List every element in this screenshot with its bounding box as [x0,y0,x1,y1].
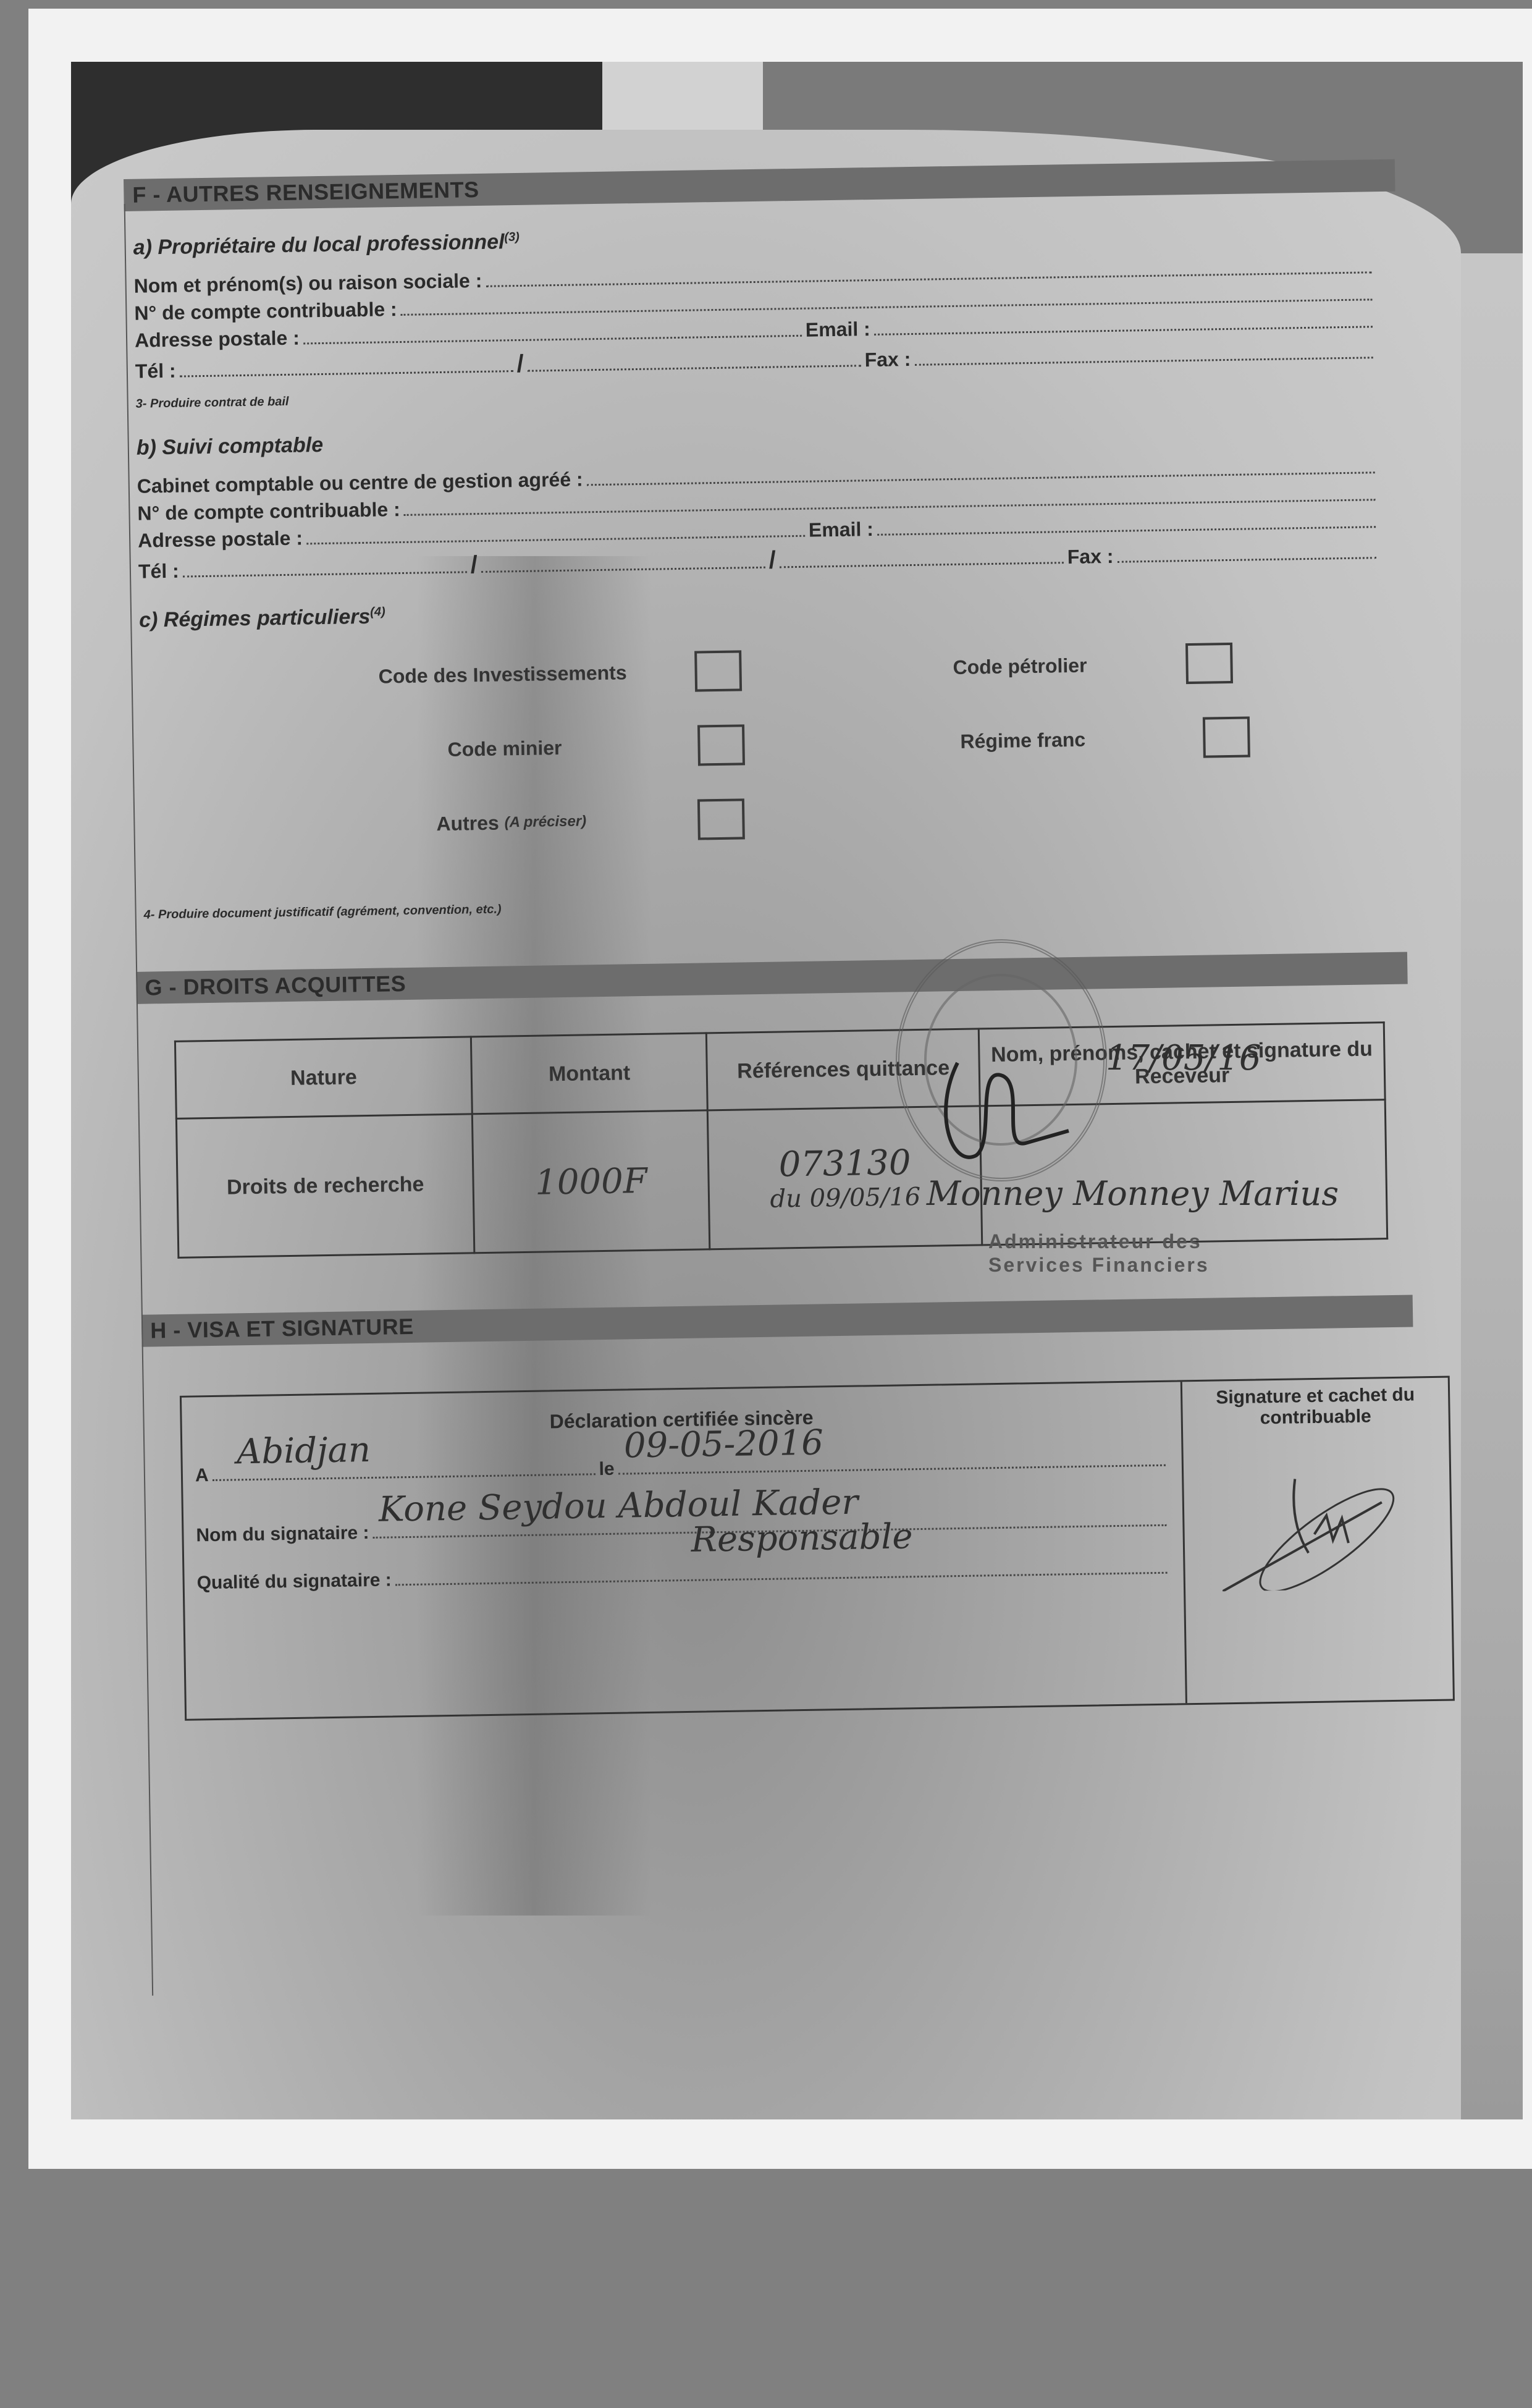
regime-investissements[interactable]: Code des Investissements [378,650,742,696]
owner-fax-label: Fax : [864,348,911,371]
owner-email-label: Email : [806,318,870,342]
place-label: A [195,1465,209,1486]
cabinet-line[interactable] [586,455,1374,486]
receiver-signature-icon [939,1050,1087,1174]
cabinet-email-label: Email : [809,518,873,542]
regime-label: Autres [436,811,499,835]
cabinet-fax-line[interactable] [1117,541,1376,563]
owner-tel-line-1[interactable] [179,354,513,377]
checkbox-minier[interactable] [697,724,745,766]
owner-tel-line-2[interactable] [527,349,861,371]
separator: / [768,546,776,574]
owner-tel-label: Tél : [135,360,176,383]
owner-address-label: Adresse postale : [135,327,300,352]
regime-label: Régime franc [960,728,1085,753]
regime-minier[interactable]: Code minier [447,724,745,770]
quality-row[interactable]: Qualité du signataire : Responsable [196,1556,1171,1594]
declaration-panel: Déclaration certifiée sincère A Abidjan … [182,1382,1185,1718]
regime-franc[interactable]: Régime franc [960,716,1250,761]
visa-box: Déclaration certifiée sincère A Abidjan … [180,1376,1455,1721]
note-ref: (4) [370,605,385,619]
cabinet-label: Cabinet comptable ou centre de gestion a… [137,468,583,497]
quality-label: Qualité du signataire : [196,1569,392,1594]
owner-fax-line[interactable] [914,340,1373,366]
receiver-title: Administrateur des Services Financiers [988,1230,1297,1277]
checkbox-petrolier[interactable] [1185,643,1233,684]
tax-form: F - AUTRES RENSEIGNEMENTS a) Propriétair… [124,159,1420,1722]
subsection-b-heading: b) Suivi comptable [137,416,1400,460]
subsection-a-heading: a) Propriétaire du local professionnel(3… [133,216,1397,260]
receiver-date: 17/05/16 [1106,1038,1261,1078]
cell-nature: Droits de recherche [176,1114,474,1257]
cabinet-tel-line-3[interactable] [780,546,1064,568]
cabinet-tel-label: Tél : [138,560,179,583]
owner-account-label: N° de compte contribuable : [134,298,397,325]
regime-autres[interactable]: Autres (A préciser) [436,798,745,844]
subsection-c-heading: c) Régimes particuliers(4) [139,589,1403,633]
separator: / [470,551,478,579]
date-line[interactable]: 09-05-2016 [618,1448,1166,1475]
cell-montant: 1000F [472,1110,710,1253]
place-line[interactable]: Abidjan [212,1457,595,1481]
regime-petrolier[interactable]: Code pétrolier [953,643,1233,688]
regime-label: Code minier [447,736,562,761]
contributor-signature-panel: Signature et cachet du contribuable [1181,1378,1453,1704]
regime-label: Code pétrolier [953,654,1087,678]
checkbox-franc[interactable] [1203,716,1250,758]
signatory-row[interactable]: Nom du signataire : Kone Seydou Abdoul K… [196,1508,1170,1547]
footnote-4: 4- Produire document justificatif (agrém… [144,888,1408,922]
checkbox-autres[interactable] [697,798,745,840]
signature-box-label: Signature et cachet du contribuable [1182,1384,1449,1430]
contributor-signature-icon [1221,1465,1408,1592]
owner-name-label: Nom et prénom(s) ou raison sociale : [133,269,482,298]
regime-hint: (A préciser) [504,813,586,831]
regimes-group: Code des Investissements Code minier Aut… [131,628,1407,895]
cabinet-tel-line-1[interactable] [182,555,466,577]
cabinet-tel-line-2[interactable] [481,551,765,573]
footnote-3: 3- Produire contrat de bail [136,378,1400,412]
checkbox-investissements[interactable] [694,650,742,691]
quality-line[interactable]: Responsable [395,1556,1167,1586]
quality-value: Responsable [691,1516,913,1560]
place-date-row[interactable]: A Abidjan le 09-05-2016 [195,1448,1169,1487]
cabinet-account-label: N° de compte contribuable : [137,498,400,525]
col-montant: Montant [471,1033,708,1114]
separator: / [516,350,524,378]
date-value: 09-05-2016 [623,1422,823,1466]
note-ref: (3) [504,230,520,244]
section-h-title: H - VISA ET SIGNATURE [141,1295,1413,1346]
col-nature: Nature [175,1037,472,1119]
section-g-title: G - DROITS ACQUITTES [136,952,1408,1004]
receiver-name: Monney Monney Marius [927,1174,1339,1213]
subsection-a-text: a) Propriétaire du local professionnel [133,230,504,259]
signatory-label: Nom du signataire : [196,1523,369,1546]
subsection-c-text: c) Régimes particuliers [139,605,371,632]
cabinet-address-label: Adresse postale : [138,527,303,552]
cabinet-fax-label: Fax : [1067,545,1114,568]
place-value: Abidjan [237,1430,371,1472]
regime-label: Code des Investissements [378,661,626,688]
owner-name-line[interactable] [486,255,1372,287]
date-label: le [599,1459,615,1480]
